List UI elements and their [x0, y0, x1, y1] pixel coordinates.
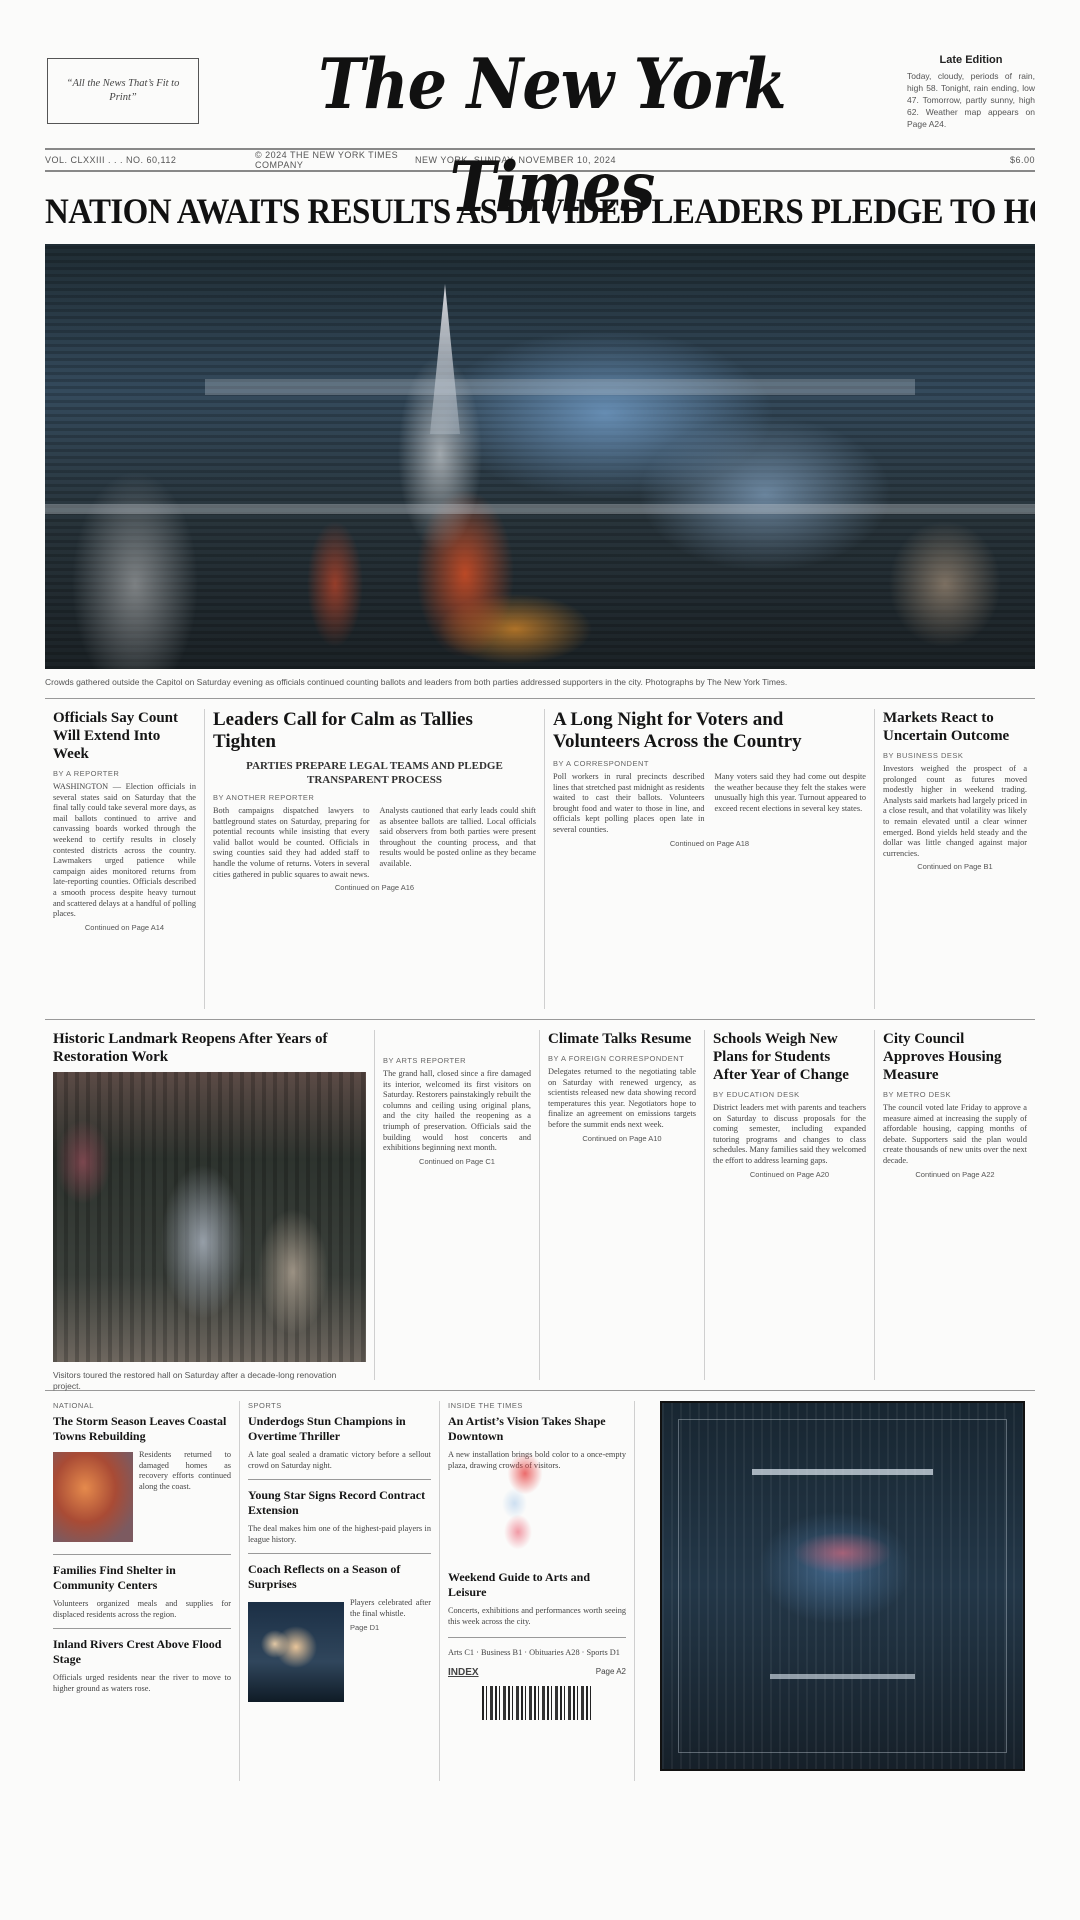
- module-body: Concerts, exhibitions and performances w…: [448, 1606, 626, 1627]
- section-divider: [45, 1019, 1035, 1020]
- module-headline[interactable]: The Storm Season Leaves Coastal Towns Re…: [53, 1414, 231, 1444]
- story-column: City Council Approves Housing Measure By…: [875, 1030, 1035, 1380]
- story-column: Officials Say Count Will Extend Into Wee…: [45, 709, 205, 1009]
- story-headline[interactable]: Historic Landmark Reopens After Years of…: [53, 1030, 366, 1066]
- news-module: INSIDE THE TIMES An Artist’s Vision Take…: [440, 1401, 635, 1781]
- story-headline[interactable]: Climate Talks Resume: [548, 1030, 696, 1048]
- story-jump[interactable]: Continued on Page B1: [883, 862, 1027, 871]
- middle-stories-row: Historic Landmark Reopens After Years of…: [45, 1030, 1035, 1380]
- promo-detail: [770, 1674, 914, 1679]
- promo-module: [635, 1401, 1035, 1781]
- ear-slogan-box: “All the News That’s Fit to Print”: [47, 58, 199, 124]
- story-jump[interactable]: Continued on Page A22: [883, 1170, 1027, 1179]
- story-headline[interactable]: Schools Weigh New Plans for Students Aft…: [713, 1030, 866, 1084]
- newspaper-front-page: “All the News That’s Fit to Print” The N…: [45, 40, 1035, 1781]
- module-headline[interactable]: An Artist’s Vision Takes Shape Downtown: [448, 1414, 626, 1444]
- story-byline: By METRO DESK: [883, 1090, 1027, 1099]
- weather-box: Late Edition Today, cloudy, periods of r…: [907, 54, 1035, 130]
- top-stories-row: Officials Say Count Will Extend Into Wee…: [45, 709, 1035, 1009]
- story-jump[interactable]: Continued on Page A10: [548, 1134, 696, 1143]
- story-body: Poll workers in rural precincts describe…: [553, 772, 705, 836]
- photo-detail: [45, 504, 1035, 514]
- story-photo[interactable]: [53, 1072, 366, 1362]
- story-body: WASHINGTON — Election officials in sever…: [53, 782, 196, 920]
- lead-photo-caption: Crowds gathered outside the Capitol on S…: [45, 677, 1035, 688]
- story-body: Both campaigns dispatched lawyers to bat…: [213, 806, 370, 880]
- module-divider: [53, 1554, 231, 1555]
- module-kicker: SPORTS: [248, 1401, 431, 1410]
- module-body: Volunteers organized meals and supplies …: [53, 1599, 231, 1620]
- story-column: Leaders Call for Calm as Tallies Tighten…: [205, 709, 545, 1009]
- story-byline: By A REPORTER: [53, 769, 196, 778]
- news-module: NATIONAL The Storm Season Leaves Coastal…: [45, 1401, 240, 1781]
- story-byline: By ANOTHER REPORTER: [213, 793, 536, 802]
- story-headline[interactable]: City Council Approves Housing Measure: [883, 1030, 1027, 1084]
- story-jump[interactable]: Continued on Page A20: [713, 1170, 866, 1179]
- promo-detail: [752, 1469, 933, 1475]
- weather-text: Today, cloudy, periods of rain, high 58.…: [907, 70, 1035, 130]
- story-column: A Long Night for Voters and Volunteers A…: [545, 709, 875, 1009]
- index-line: INDEX Page A2: [448, 1667, 626, 1678]
- story-body: The grand hall, closed since a fire dama…: [383, 1069, 531, 1154]
- module-kicker: INSIDE THE TIMES: [448, 1401, 626, 1410]
- module-headline[interactable]: Families Find Shelter in Community Cente…: [53, 1563, 231, 1593]
- module-body: The deal makes him one of the highest-pa…: [248, 1524, 431, 1545]
- story-jump[interactable]: Continued on Page A18: [553, 839, 866, 848]
- photo-detail: [205, 379, 915, 395]
- module-body: Officials urged residents near the river…: [53, 1673, 231, 1694]
- index-text: Arts C1 · Business B1 · Obituaries A28 ·…: [448, 1648, 626, 1659]
- story-body: Many voters said they had come out despi…: [715, 772, 867, 836]
- module-divider: [248, 1479, 431, 1480]
- story-headline[interactable]: Markets React to Uncertain Outcome: [883, 709, 1027, 745]
- module-photo[interactable]: [248, 1602, 344, 1702]
- story-column: By ARTS REPORTER The grand hall, closed …: [375, 1030, 540, 1380]
- module-headline[interactable]: Inland Rivers Crest Above Flood Stage: [53, 1637, 231, 1667]
- story-byline: By A CORRESPONDENT: [553, 759, 866, 768]
- index-page-ref[interactable]: Page A2: [596, 1667, 626, 1678]
- story-jump[interactable]: Continued on Page A16: [213, 883, 536, 892]
- story-body: District leaders met with parents and te…: [713, 1103, 866, 1167]
- story-headline[interactable]: Leaders Call for Calm as Tallies Tighten: [213, 709, 536, 753]
- story-byline: By EDUCATION DESK: [713, 1090, 866, 1099]
- module-photo[interactable]: [53, 1452, 133, 1542]
- story-byline: By A FOREIGN CORRESPONDENT: [548, 1054, 696, 1063]
- story-column: Markets React to Uncertain Outcome By BU…: [875, 709, 1035, 1009]
- lead-photo[interactable]: [45, 244, 1035, 669]
- story-byline: By BUSINESS DESK: [883, 751, 1027, 760]
- story-column: Schools Weigh New Plans for Students Aft…: [705, 1030, 875, 1380]
- price: $6.00: [995, 155, 1035, 165]
- module-body: A late goal sealed a dramatic victory be…: [248, 1450, 431, 1471]
- module-body: A new installation brings bold color to …: [448, 1450, 626, 1570]
- photo-caption: Visitors toured the restored hall on Sat…: [53, 1370, 366, 1392]
- story-byline: By ARTS REPORTER: [383, 1056, 531, 1065]
- module-divider: [53, 1628, 231, 1629]
- barcode: [482, 1686, 592, 1720]
- module-headline[interactable]: Underdogs Stun Champions in Overtime Thr…: [248, 1414, 431, 1444]
- story-jump[interactable]: Continued on Page A14: [53, 923, 196, 932]
- story-column: Historic Landmark Reopens After Years of…: [45, 1030, 375, 1380]
- story-column: Climate Talks Resume By A FOREIGN CORRES…: [540, 1030, 705, 1380]
- module-divider: [248, 1553, 431, 1554]
- masthead: “All the News That’s Fit to Print” The N…: [45, 40, 1035, 140]
- magazine-promo-image[interactable]: [660, 1401, 1025, 1771]
- news-module: SPORTS Underdogs Stun Champions in Overt…: [240, 1401, 440, 1781]
- story-body: Delegates returned to the negotiating ta…: [548, 1067, 696, 1131]
- story-deck: PARTIES PREPARE LEGAL TEAMS AND PLEDGE T…: [213, 759, 536, 787]
- module-divider: [448, 1637, 626, 1638]
- story-headline[interactable]: Officials Say Count Will Extend Into Wee…: [53, 709, 196, 763]
- module-headline[interactable]: Coach Reflects on a Season of Surprises: [248, 1562, 431, 1592]
- section-divider: [45, 698, 1035, 699]
- module-kicker: NATIONAL: [53, 1401, 231, 1410]
- module-headline[interactable]: Young Star Signs Record Contract Extensi…: [248, 1488, 431, 1518]
- edition-label: Late Edition: [907, 54, 1035, 66]
- photo-detail: [430, 284, 460, 434]
- module-headline[interactable]: Weekend Guide to Arts and Leisure: [448, 1570, 626, 1600]
- story-jump[interactable]: Continued on Page C1: [383, 1157, 531, 1166]
- banner-headline[interactable]: NATION AWAITS RESULTS AS DIVIDED LEADERS…: [45, 192, 1035, 232]
- bottom-modules-row: NATIONAL The Storm Season Leaves Coastal…: [45, 1401, 1035, 1781]
- story-body: Investors weighed the prospect of a prol…: [883, 764, 1027, 859]
- story-headline[interactable]: A Long Night for Voters and Volunteers A…: [553, 709, 866, 753]
- index-label[interactable]: INDEX: [448, 1667, 479, 1678]
- story-body: Analysts cautioned that early leads coul…: [380, 806, 537, 880]
- story-body: The council voted late Friday to approve…: [883, 1103, 1027, 1167]
